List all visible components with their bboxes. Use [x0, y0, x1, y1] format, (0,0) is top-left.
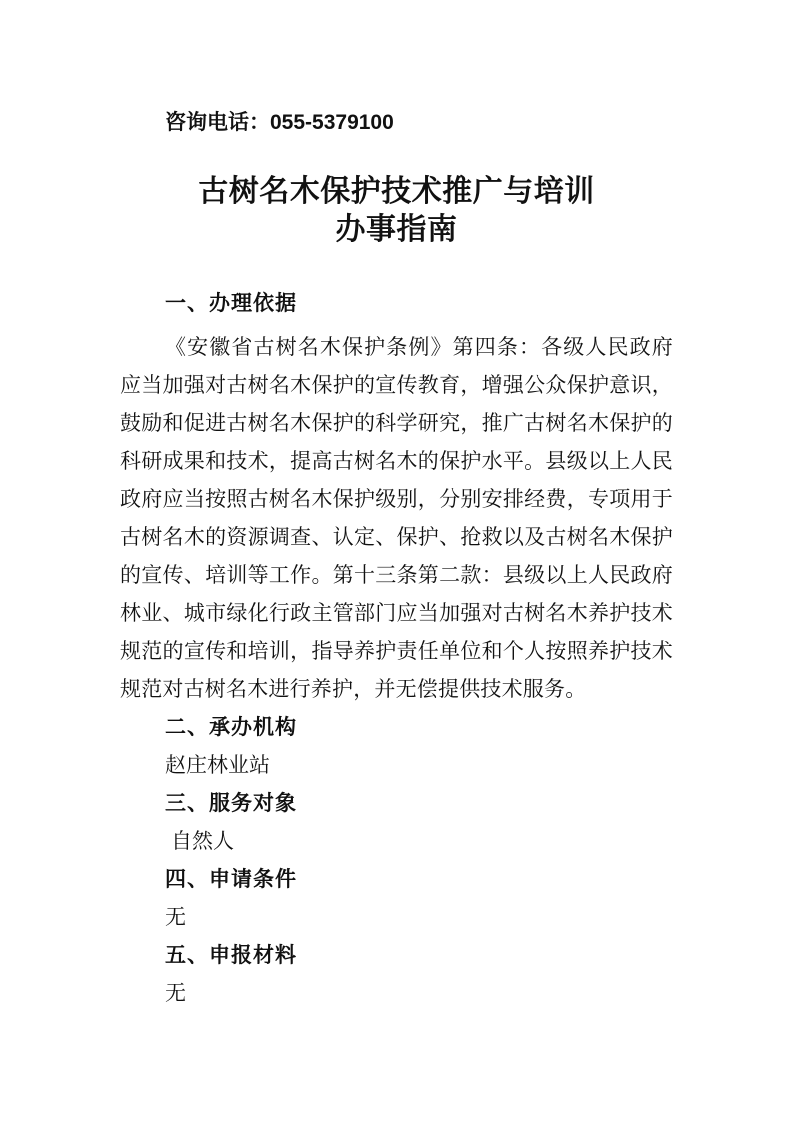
section-body-application-materials: 无: [120, 975, 673, 1013]
document-title: 古树名木保护技术推广与培训 办事指南: [120, 173, 673, 249]
section-body-legal-basis: 《安徽省古树名木保护条例》第四条：各级人民政府应当加强对古树名木保护的宣传教育，…: [120, 329, 673, 709]
document-title-line-2: 办事指南: [120, 211, 673, 249]
section-body-service-target: 自然人: [120, 823, 673, 861]
document-content: 咨询电话：055-5379100 古树名木保护技术推广与培训 办事指南 一、办理…: [120, 0, 673, 1013]
document-title-line-1: 古树名木保护技术推广与培训: [120, 173, 673, 211]
section-heading-legal-basis: 一、办理依据: [120, 285, 673, 323]
document-page: 咨询电话：055-5379100 古树名木保护技术推广与培训 办事指南 一、办理…: [0, 0, 793, 1122]
section-heading-application-materials: 五、申报材料: [120, 937, 673, 975]
section-heading-application-conditions: 四、申请条件: [120, 861, 673, 899]
section-heading-service-target: 三、服务对象: [120, 785, 673, 823]
section-heading-handling-agency: 二、承办机构: [120, 709, 673, 747]
contact-phone: 咨询电话：055-5379100: [120, 104, 673, 142]
section-body-handling-agency: 赵庄林业站: [120, 747, 673, 785]
section-body-application-conditions: 无: [120, 899, 673, 937]
